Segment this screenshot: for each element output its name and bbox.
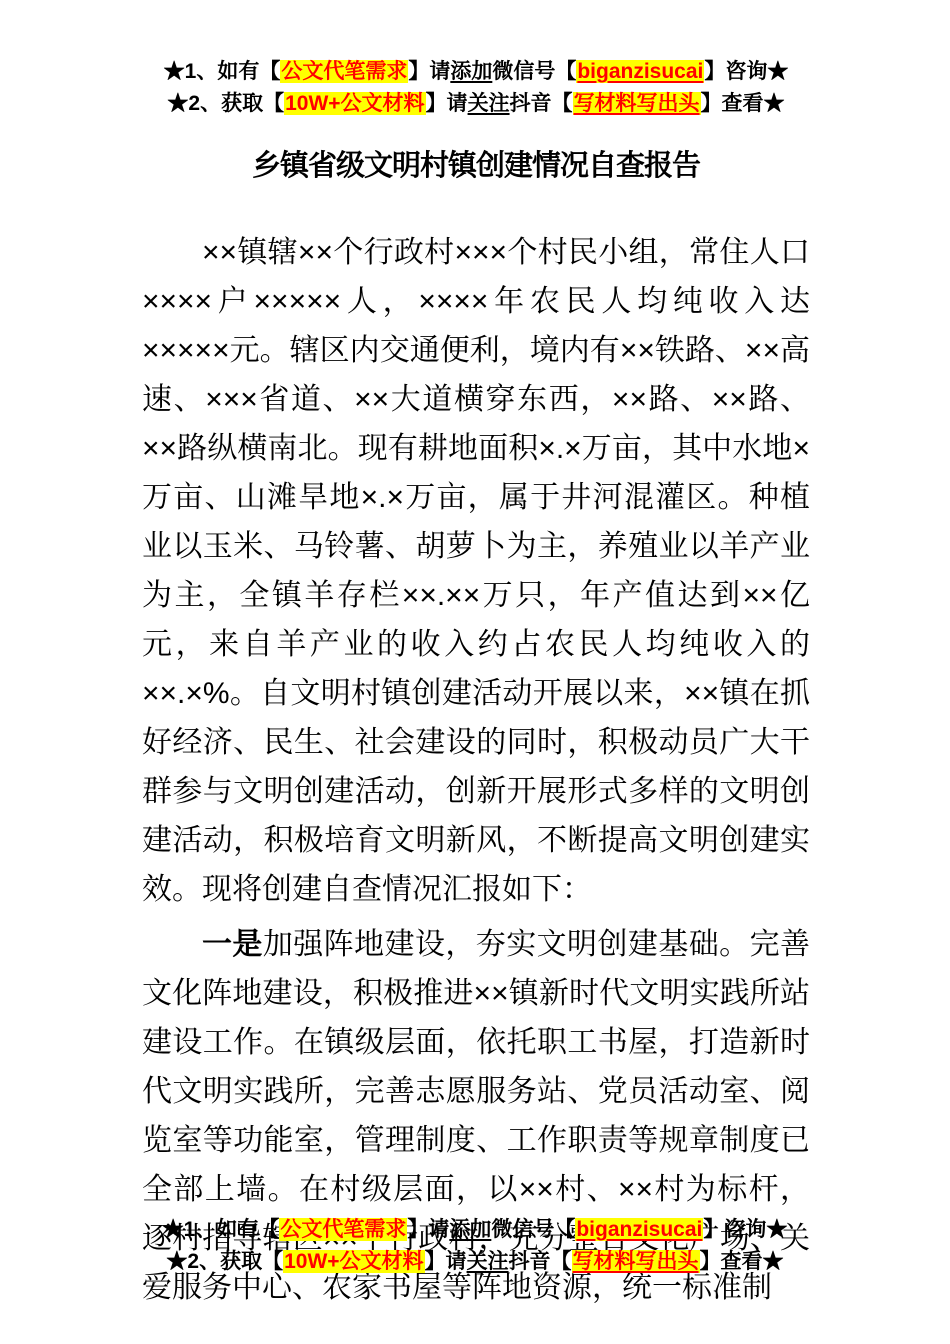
list-marker-first: 一是 [202, 928, 263, 961]
promo-banner-bottom: ★1、如有【公文代笔需求】请添加微信号【biganzisucai】咨询★ ★2、… [0, 1214, 950, 1278]
text-segment: 】请 [426, 92, 468, 115]
text-segment: 】查看★ [700, 1250, 784, 1273]
text-segment: ★1、如有【 [164, 60, 281, 83]
wechat-id: biganzisucai [575, 1218, 703, 1241]
promo-line-1: ★1、如有【公文代笔需求】请添加微信号【biganzisucai】咨询★ [142, 56, 810, 88]
text-segment: 抖音【 [509, 1250, 572, 1273]
text-segment: ★2、获取【 [166, 1250, 283, 1273]
text-segment: 】请 [408, 60, 450, 83]
text-segment: ★2、获取【 [167, 92, 284, 115]
promo-line-1: ★1、如有【公文代笔需求】请添加微信号【biganzisucai】咨询★ [0, 1214, 950, 1246]
text-segment: ★1、如有【 [163, 1218, 280, 1241]
document-title: 乡镇省级文明村镇创建情况自查报告 [142, 146, 810, 186]
text-segment: 】咨询★ [704, 60, 788, 83]
highlight-service-need: 公文代笔需求 [279, 1218, 407, 1241]
body-paragraph: ××镇辖××个行政村×××个村民小组，常住人口××××户×××××人，××××年… [142, 228, 810, 914]
douyin-handle: 写材料写出头 [573, 92, 701, 115]
text-segment: 抖音【 [510, 92, 573, 115]
text-segment: 微信号【 [491, 1218, 575, 1241]
document-body: ××镇辖××个行政村×××个村民小组，常住人口××××户×××××人，××××年… [142, 228, 810, 1312]
text-segment: 】请 [425, 1250, 467, 1273]
promo-line-2: ★2、获取【10W+公文材料】请关注抖音【写材料写出头】查看★ [0, 1246, 950, 1278]
text-segment: 】请 [407, 1218, 449, 1241]
text-segment: ××镇辖××个行政村×××个村民小组，常住人口××××户×××××人，××××年… [142, 236, 810, 906]
document-page: ★1、如有【公文代笔需求】请添加微信号【biganzisucai】咨询★ ★2、… [0, 0, 950, 1344]
highlight-service-need: 公文代笔需求 [280, 60, 408, 83]
wechat-id: biganzisucai [576, 60, 704, 83]
underline-follow: 关注 [468, 92, 510, 115]
promo-banner-top: ★1、如有【公文代笔需求】请添加微信号【biganzisucai】咨询★ ★2、… [142, 56, 810, 120]
underline-add: 添加 [450, 60, 492, 83]
douyin-handle: 写材料写出头 [572, 1250, 700, 1273]
highlight-material-count: 10W+公文材料 [284, 92, 425, 115]
underline-follow: 关注 [467, 1250, 509, 1273]
highlight-material-count: 10W+公文材料 [283, 1250, 424, 1273]
promo-line-2: ★2、获取【10W+公文材料】请关注抖音【写材料写出头】查看★ [142, 88, 810, 120]
underline-add: 添加 [449, 1218, 491, 1241]
text-segment: 】查看★ [701, 92, 785, 115]
text-segment: 微信号【 [492, 60, 576, 83]
text-segment: 】咨询★ [703, 1218, 787, 1241]
